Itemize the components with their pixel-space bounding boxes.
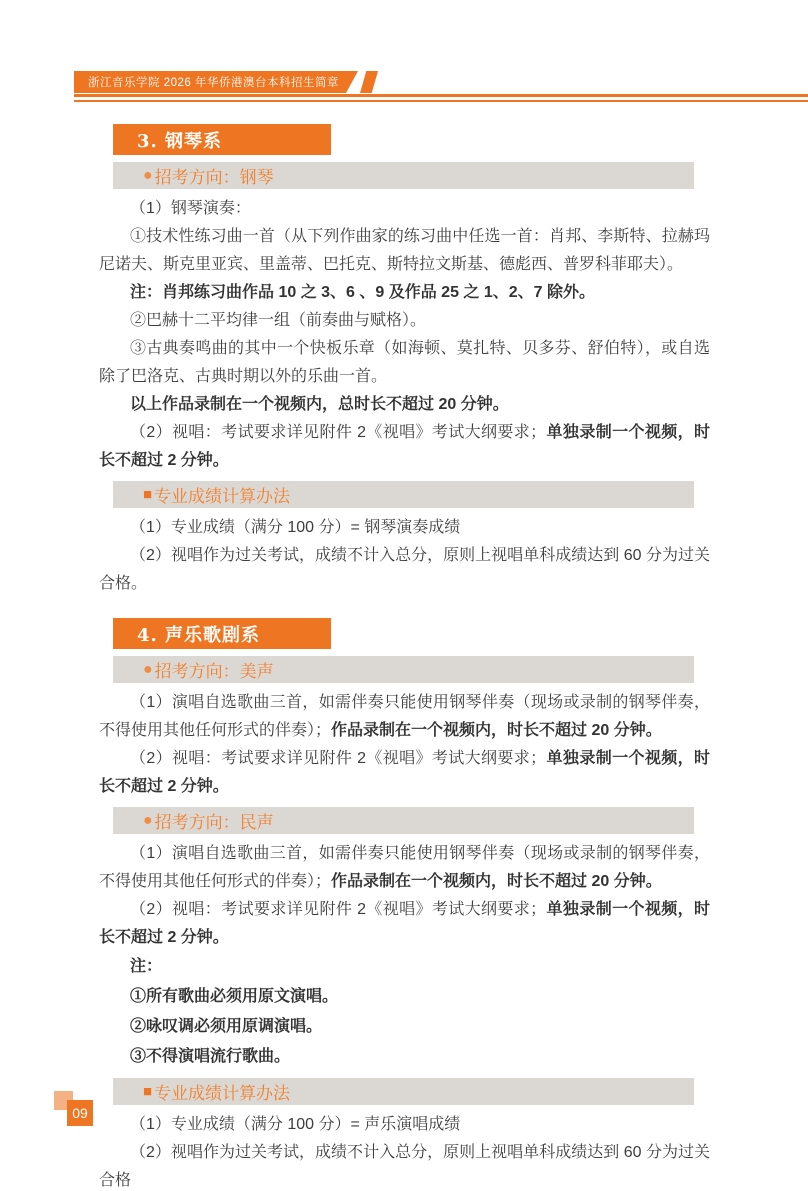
- calc-bar-piano: ■ 专业成绩计算办法: [113, 481, 694, 508]
- header-rule-thin: [74, 100, 808, 102]
- calc-bar-piano-label: 专业成绩计算办法: [154, 482, 290, 507]
- vocal-note-3: ③不得演唱流行歌曲。: [99, 1042, 710, 1072]
- direction-bar-folk-label: 招考方向：民声: [155, 808, 274, 833]
- calc-bar-vocal-label: 专业成绩计算办法: [154, 1079, 290, 1104]
- document-page: { "header": { "banner_title": "浙江音乐学院 20…: [0, 0, 808, 1191]
- header-banner-title: 浙江音乐学院 2026 年华侨港澳台本科招生简章: [88, 74, 339, 90]
- paragraph-vocal-pass-rule: （2）视唱作为过关考试，成绩不计入总分，原则上视唱单科成绩达到 60 分为过关合…: [99, 1139, 710, 1191]
- direction-bar-folk: ● 招考方向：民声: [113, 807, 694, 834]
- paragraph-piano-sightsinging: （2）视唱：考试要求详见附件 2《视唱》考试大纲要求；单独录制一个视频，时长不超…: [99, 419, 710, 475]
- paragraph-folk-sightsinging: （2）视唱：考试要求详见附件 2《视唱》考试大纲要求；单独录制一个视频，时长不超…: [99, 896, 710, 952]
- square-bullet-icon: ■: [143, 1084, 152, 1099]
- paragraph-belcanto-sightsinging: （2）视唱：考试要求详见附件 2《视唱》考试大纲要求；单独录制一个视频，时长不超…: [99, 745, 710, 801]
- paragraph-piano-etude-note: 注：肖邦练习曲作品 10 之 3、6 、9 及作品 25 之 1、2、7 除外。: [99, 279, 710, 307]
- page-number-badge: 09: [67, 1100, 93, 1126]
- vocal-note-1: ①所有歌曲必须用原文演唱。: [99, 982, 710, 1012]
- vocal-note-title: 注：: [99, 952, 710, 982]
- paragraph-piano-bach: ②巴赫十二平均律一组（前奏曲与赋格）。: [99, 307, 710, 335]
- paragraph-piano-performance: （1）钢琴演奏：: [99, 195, 710, 223]
- page-number-label: 09: [72, 1105, 88, 1121]
- direction-bar-piano: ● 招考方向：钢琴: [113, 162, 694, 189]
- piano-sightsinging-normal: （2）视唱：考试要求详见附件 2《视唱》考试大纲要求；: [130, 424, 546, 441]
- header-banner: 浙江音乐学院 2026 年华侨港澳台本科招生简章: [74, 71, 358, 93]
- direction-bar-belcanto: ● 招考方向：美声: [113, 656, 694, 683]
- paragraph-piano-video-limit: 以上作品录制在一个视频内，总时长不超过 20 分钟。: [99, 391, 710, 419]
- belcanto-sightsinging-normal: （2）视唱：考试要求详见附件 2《视唱》考试大纲要求；: [130, 750, 546, 767]
- folk-sightsinging-normal: （2）视唱：考试要求详见附件 2《视唱》考试大纲要求；: [130, 901, 546, 918]
- paragraph-vocal-score-formula: （1）专业成绩（满分 100 分）= 声乐演唱成绩: [99, 1111, 710, 1139]
- paragraph-belcanto-songs: （1）演唱自选歌曲三首，如需伴奏只能使用钢琴伴奏（现场或录制的钢琴伴奏，不得使用…: [99, 689, 710, 745]
- paragraph-piano-etude: ①技术性练习曲一首（从下列作曲家的练习曲中任选一首：肖邦、李斯特、拉赫玛尼诺夫、…: [99, 223, 710, 279]
- direction-bar-piano-label: 招考方向：钢琴: [155, 163, 274, 188]
- section-heading-vocal: 4. 声乐歌剧系: [113, 618, 331, 649]
- belcanto-songs-bold: 作品录制在一个视频内，时长不超过 20 分钟。: [331, 722, 662, 739]
- folk-songs-bold: 作品录制在一个视频内，时长不超过 20 分钟。: [331, 873, 662, 890]
- header-banner-accent: [360, 71, 378, 93]
- circle-bullet-icon: ●: [143, 813, 153, 829]
- header-rule-thick: [74, 94, 808, 97]
- circle-bullet-icon: ●: [143, 662, 153, 678]
- circle-bullet-icon: ●: [143, 168, 153, 184]
- section-heading-piano: 3. 钢琴系: [113, 124, 331, 155]
- paragraph-folk-songs: （1）演唱自选歌曲三首，如需伴奏只能使用钢琴伴奏（现场或录制的钢琴伴奏，不得使用…: [99, 840, 710, 896]
- square-bullet-icon: ■: [143, 487, 152, 502]
- section-heading-vocal-label: 4. 声乐歌剧系: [137, 621, 260, 647]
- paragraph-piano-score-formula: （1）专业成绩（满分 100 分）= 钢琴演奏成绩: [99, 514, 710, 542]
- paragraph-piano-sonata: ③古典奏鸣曲的其中一个快板乐章（如海顿、莫扎特、贝多芬、舒伯特），或自选除了巴洛…: [99, 335, 710, 391]
- content-column: 3. 钢琴系 ● 招考方向：钢琴 （1）钢琴演奏： ①技术性练习曲一首（从下列作…: [99, 124, 710, 1191]
- calc-bar-vocal: ■ 专业成绩计算办法: [113, 1078, 694, 1105]
- vocal-note-2: ②咏叹调必须用原调演唱。: [99, 1012, 710, 1042]
- paragraph-piano-pass-rule: （2）视唱作为过关考试，成绩不计入总分，原则上视唱单科成绩达到 60 分为过关合…: [99, 542, 710, 598]
- section-heading-piano-label: 3. 钢琴系: [137, 127, 222, 153]
- direction-bar-belcanto-label: 招考方向：美声: [155, 657, 274, 682]
